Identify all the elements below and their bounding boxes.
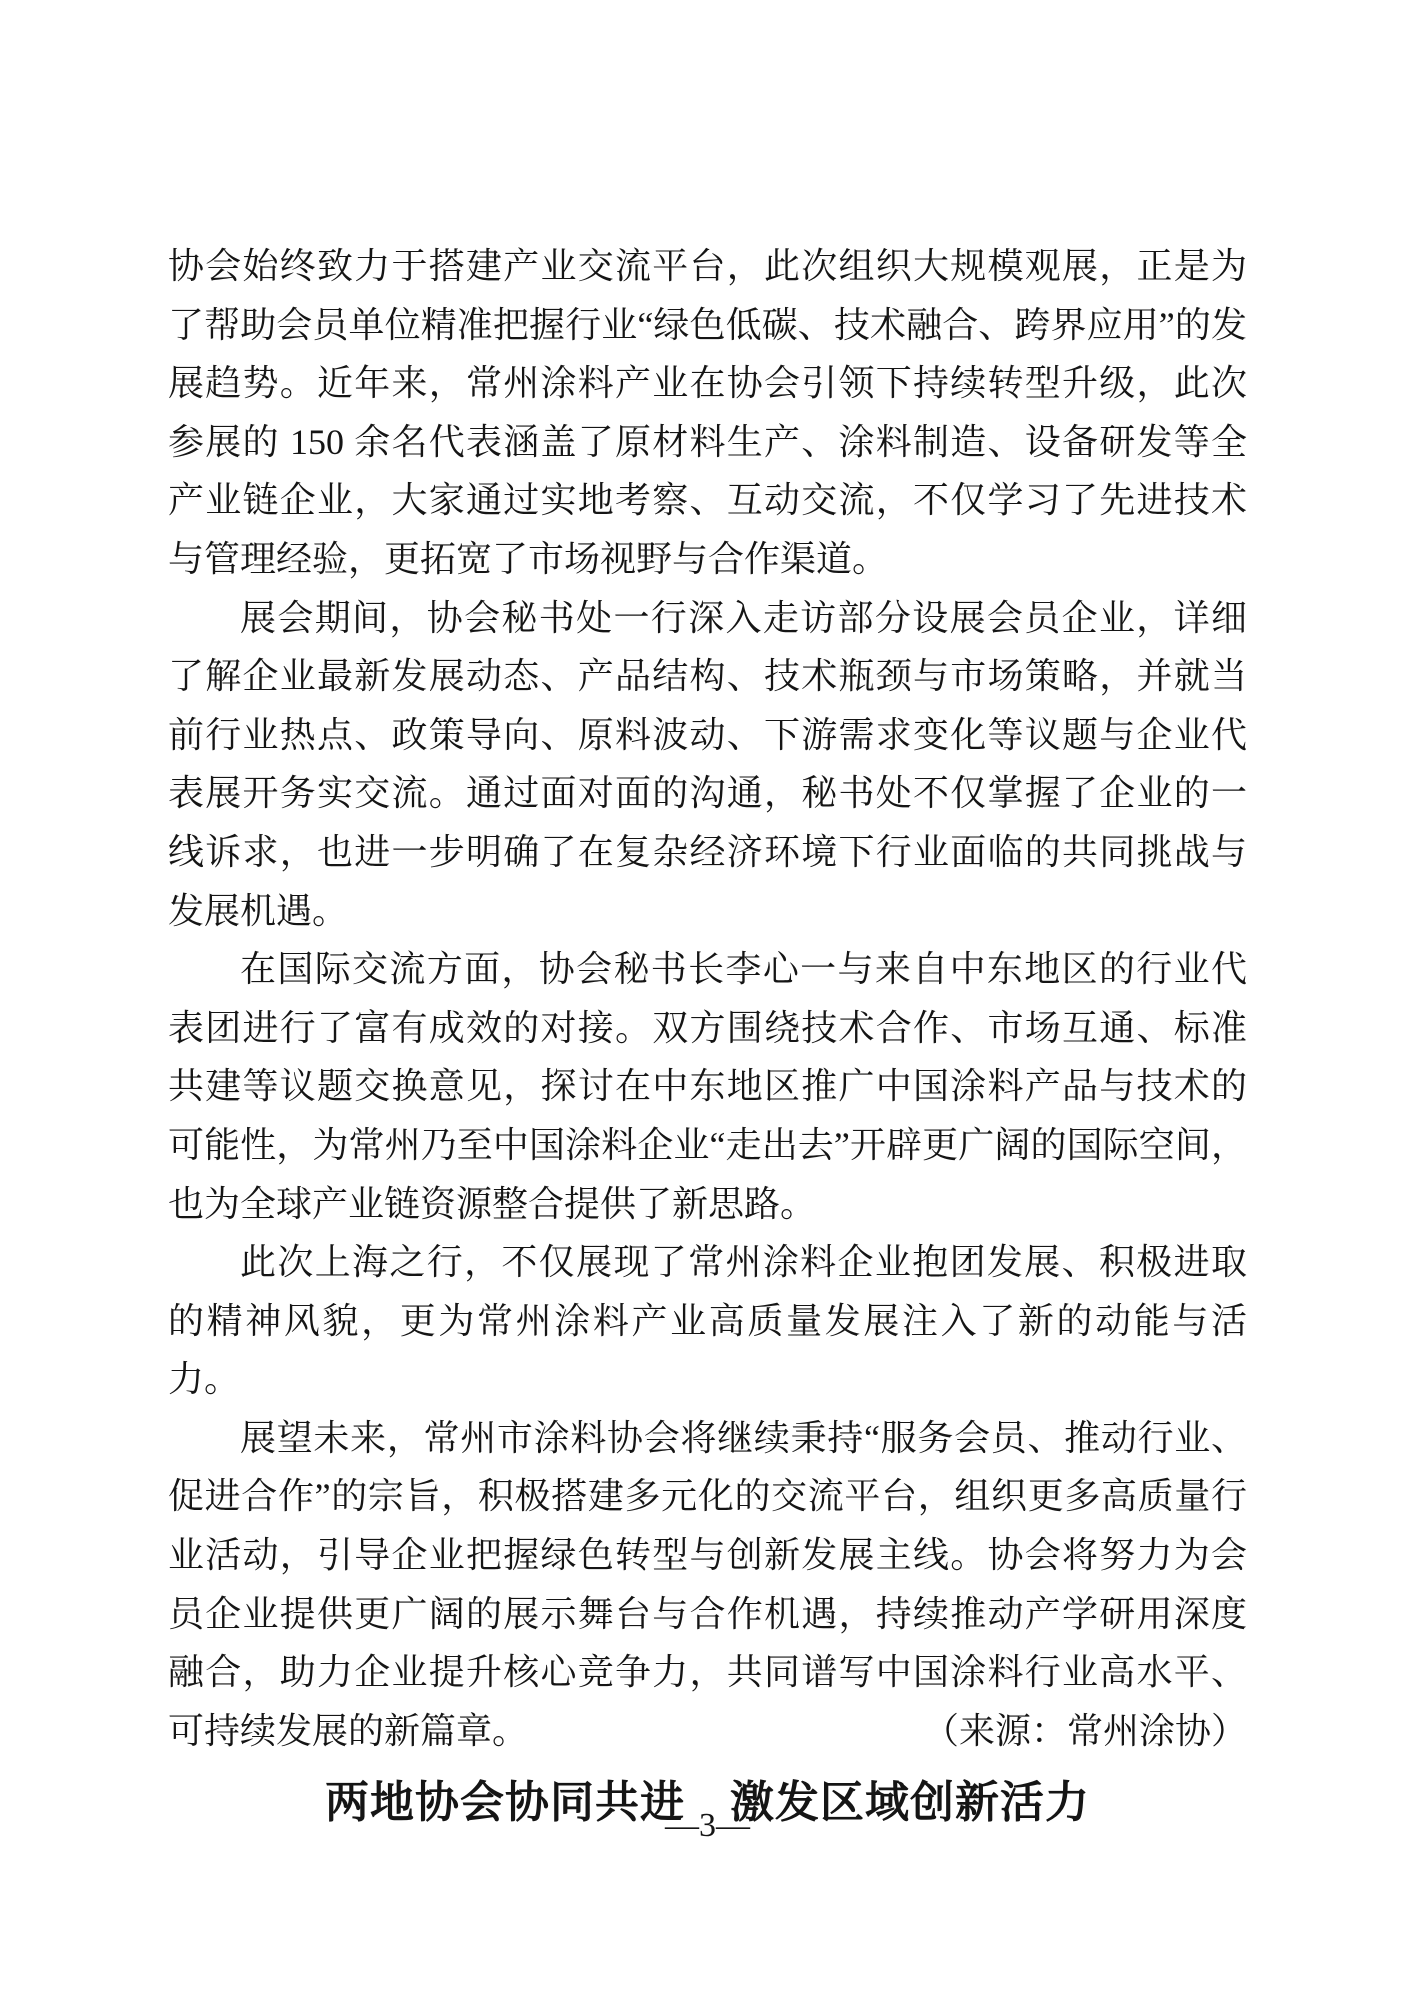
paragraph-outlook-text: 展望未来，常州市涂料协会将继续秉持“服务会员、推动行业、促进合作”的宗旨，积极搭… xyxy=(168,1418,1247,1751)
paragraph-continuation: 协会始终致力于搭建产业交流平台，此次组织大规模观展，正是为了帮助会员单位精准把握… xyxy=(168,237,1247,589)
page-number: —3— xyxy=(0,1806,1415,1846)
paragraph-international-exchange: 在国际交流方面，协会秘书长李心一与来自中东地区的行业代表团进行了富有成效的对接。… xyxy=(168,940,1247,1233)
article-body: 协会始终致力于搭建产业交流平台，此次组织大规模观展，正是为了帮助会员单位精准把握… xyxy=(168,237,1247,1838)
paragraph-shanghai-trip: 此次上海之行，不仅展现了常州涂料企业抱团发展、积极进取的精神风貌，更为常州涂料产… xyxy=(168,1233,1247,1409)
paragraph-outlook: 展望未来，常州市涂料协会将继续秉持“服务会员、推动行业、促进合作”的宗旨，积极搭… xyxy=(168,1409,1247,1761)
paragraph-exhibition-visits: 展会期间，协会秘书处一行深入走访部分设展会员企业，详细了解企业最新发展动态、产品… xyxy=(168,589,1247,941)
source-attribution: （来源：常州涂协） xyxy=(923,1702,1247,1761)
document-page: 协会始终致力于搭建产业交流平台，此次组织大规模观展，正是为了帮助会员单位精准把握… xyxy=(0,0,1415,2000)
